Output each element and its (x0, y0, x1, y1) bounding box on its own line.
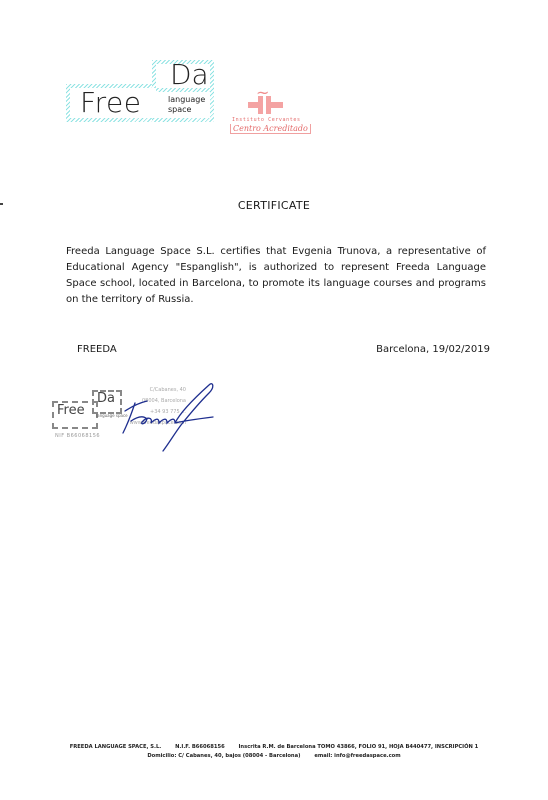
company-footer: FREEDA LANGUAGE SPACE, S.L. N.I.F. B6606… (0, 743, 548, 761)
logo-word-da: Da (170, 58, 209, 91)
logo-word-free: Free (80, 86, 141, 119)
cervantes-accredited-label: Centro Acreditado (230, 124, 311, 134)
instituto-cervantes-logo: ~ Instituto Cervantes Centro Acreditado (230, 88, 310, 146)
company-stamp: Free Da language space NIF B66068156 C/C… (52, 385, 232, 455)
cervantes-mark-bar-right (271, 102, 283, 108)
footer-registry: Inscrita R.M. de Barcelona TOMO 43866, F… (239, 744, 479, 750)
certificate-body: Freeda Language Space S.L. certifies tha… (66, 244, 486, 308)
cervantes-name: Instituto Cervantes (232, 117, 301, 123)
document-title: CERTIFICATE (0, 199, 548, 212)
place-date: Barcelona, 19/02/2019 (376, 344, 490, 355)
footer-line1: FREEDA LANGUAGE SPACE, S.L. N.I.F. B6606… (0, 743, 548, 752)
signatory-name: FREEDA (77, 344, 117, 355)
footer-address: Domicilio: C/ Cabanes, 40, bajos (08004 … (147, 753, 300, 759)
stamp-word-da: Da (97, 391, 115, 406)
cervantes-mark-stem-left (258, 96, 263, 114)
footer-company: FREEDA LANGUAGE SPACE, S.L. (70, 744, 162, 750)
freeda-logo: Free Da language space (66, 60, 216, 122)
logo-tagline-line2: space (168, 105, 205, 115)
footer-nif: N.I.F. B66068156 (175, 744, 225, 750)
footer-email: email: info@freedaspace.com (314, 753, 400, 759)
logo-tagline-line1: language (168, 95, 205, 105)
cervantes-mark-icon (248, 102, 258, 108)
footer-line2: Domicilio: C/ Cabanes, 40, bajos (08004 … (0, 752, 548, 761)
stamp-nif: NIF B66068156 (55, 433, 100, 439)
stamp-word-free: Free (57, 403, 85, 418)
logo-tagline: language space (168, 95, 205, 115)
signature-icon (117, 381, 227, 453)
